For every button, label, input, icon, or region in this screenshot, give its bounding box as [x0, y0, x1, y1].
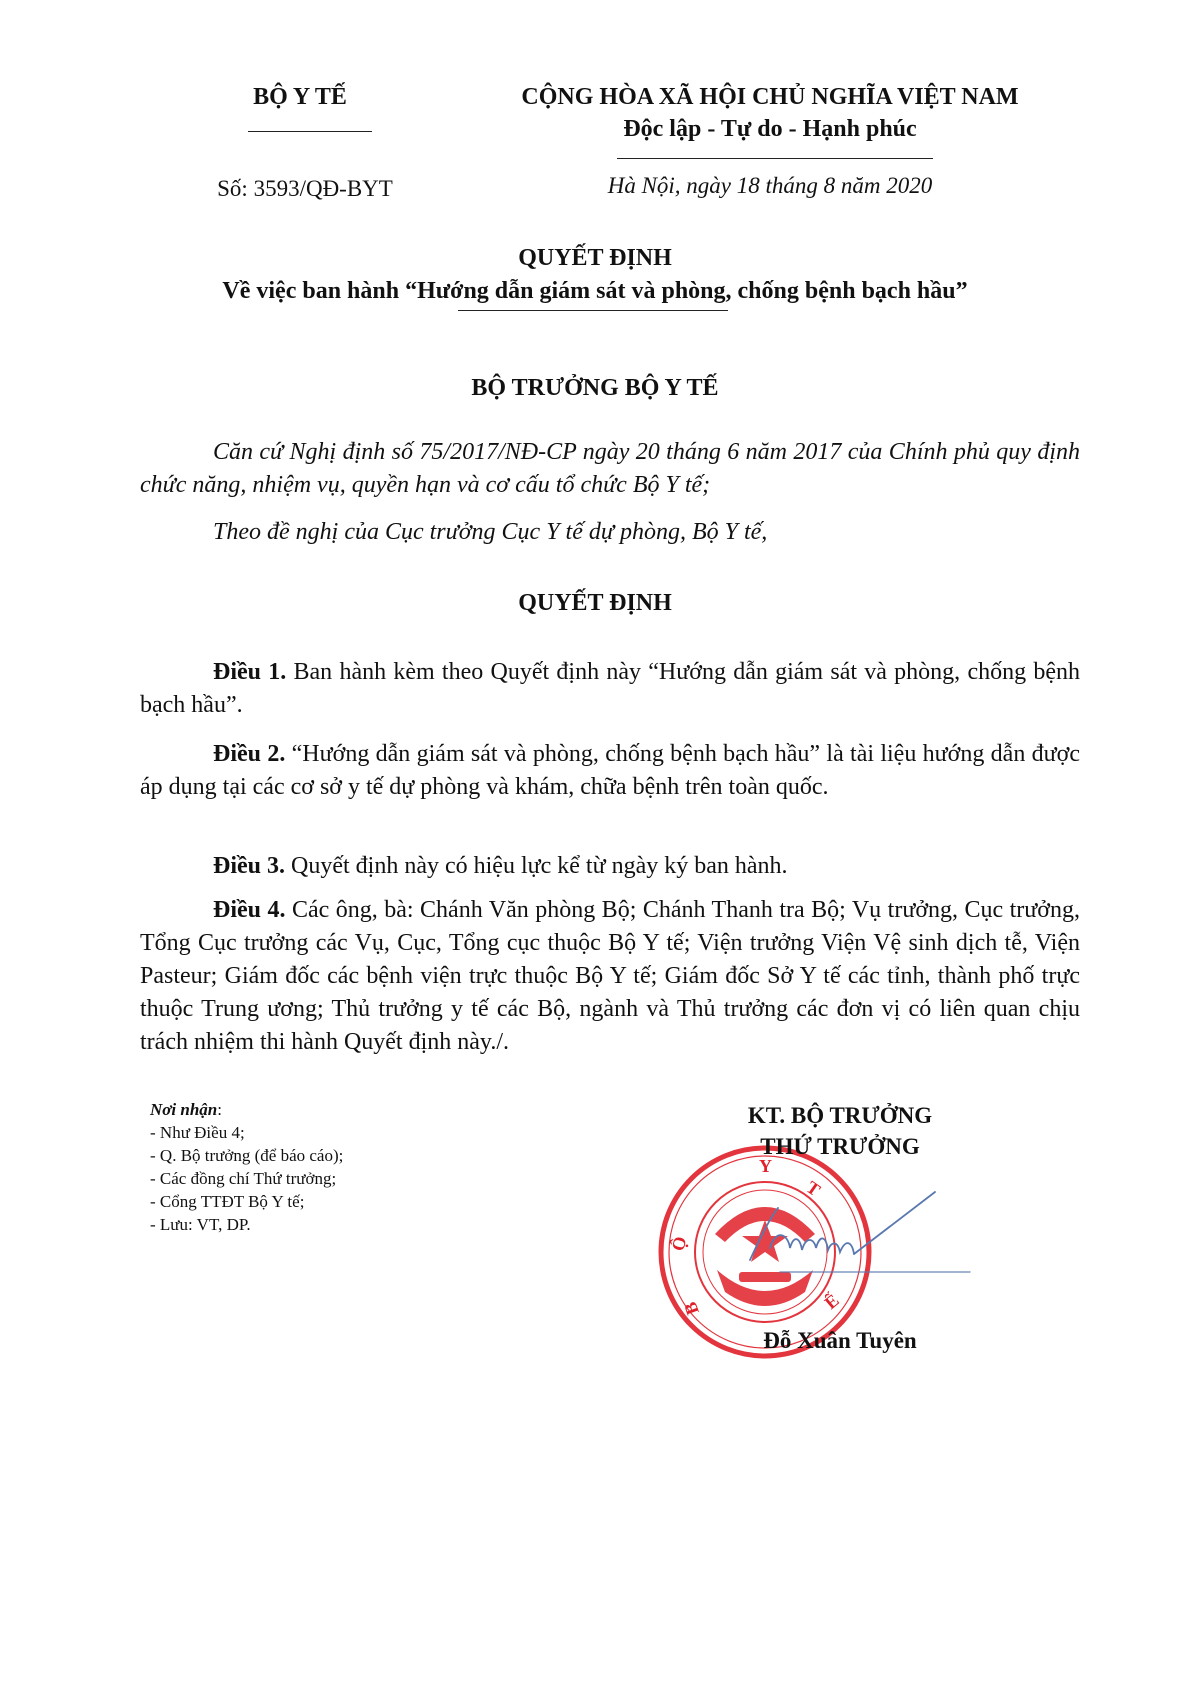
article-label: Điều 3.	[213, 853, 285, 879]
subject-underline	[458, 310, 728, 311]
recipient-item: - Q. Bộ trưởng (để báo cáo);	[150, 1144, 530, 1167]
issuer-heading: BỘ TRƯỞNG BỘ Y TẾ	[0, 375, 1190, 402]
article-label: Điều 1.	[213, 659, 286, 685]
recipient-item: - Cổng TTĐT Bộ Y tế;	[150, 1190, 530, 1213]
svg-text:Ế: Ế	[820, 1289, 843, 1313]
article-label: Điều 4.	[213, 897, 285, 923]
signer-position: THỨ TRƯỞNG	[690, 1134, 990, 1160]
article-2: Điều 2. “Hướng dẫn giám sát và phòng, ch…	[140, 738, 1080, 804]
document-subject: Về việc ban hành “Hướng dẫn giám sát và …	[0, 278, 1190, 305]
legal-basis-2: Theo đề nghị của Cục trưởng Cục Y tế dự …	[140, 516, 1080, 549]
decision-heading: QUYẾT ĐỊNH	[0, 590, 1190, 617]
recipients-heading: Nơi nhận	[150, 1100, 217, 1119]
signer-name: Đỗ Xuân Tuyên	[690, 1328, 990, 1354]
national-motto: Độc lập - Tự do - Hạnh phúc	[470, 116, 1070, 143]
document-number: Số: 3593/QĐ-BYT	[190, 176, 420, 202]
legal-basis-1: Căn cứ Nghị định số 75/2017/NĐ-CP ngày 2…	[140, 436, 1080, 502]
recipient-item: - Các đồng chí Thứ trưởng;	[150, 1167, 530, 1190]
article-3: Điều 3. Quyết định này có hiệu lực kể từ…	[140, 850, 1080, 883]
signature-authority: KT. BỘ TRƯỞNG	[690, 1103, 990, 1129]
article-1: Điều 1. Ban hành kèm theo Quyết định này…	[140, 656, 1080, 722]
recipient-item: - Như Điều 4;	[150, 1121, 530, 1144]
document-title: QUYẾT ĐỊNH	[0, 245, 1190, 272]
handwritten-signature-icon	[730, 1188, 990, 1278]
national-title: CỘNG HÒA XÃ HỘI CHỦ NGHĨA VIỆT NAM	[470, 84, 1070, 111]
recipients-heading-suffix: :	[217, 1100, 222, 1119]
recipients-list: Nơi nhận: - Như Điều 4; - Q. Bộ trưởng (…	[150, 1098, 530, 1236]
article-4: Điều 4. Các ông, bà: Chánh Văn phòng Bộ;…	[140, 894, 1080, 1059]
motto-divider	[617, 158, 933, 159]
issuing-agency: BỘ Y TẾ	[230, 84, 370, 111]
recipient-item: - Lưu: VT, DP.	[150, 1213, 530, 1236]
place-and-date: Hà Nội, ngày 18 tháng 8 năm 2020	[470, 173, 1070, 199]
svg-text:Ộ: Ộ	[667, 1234, 691, 1253]
article-label: Điều 2.	[213, 741, 285, 767]
article-text: Quyết định này có hiệu lực kể từ ngày ký…	[285, 853, 788, 879]
agency-divider	[248, 131, 372, 132]
